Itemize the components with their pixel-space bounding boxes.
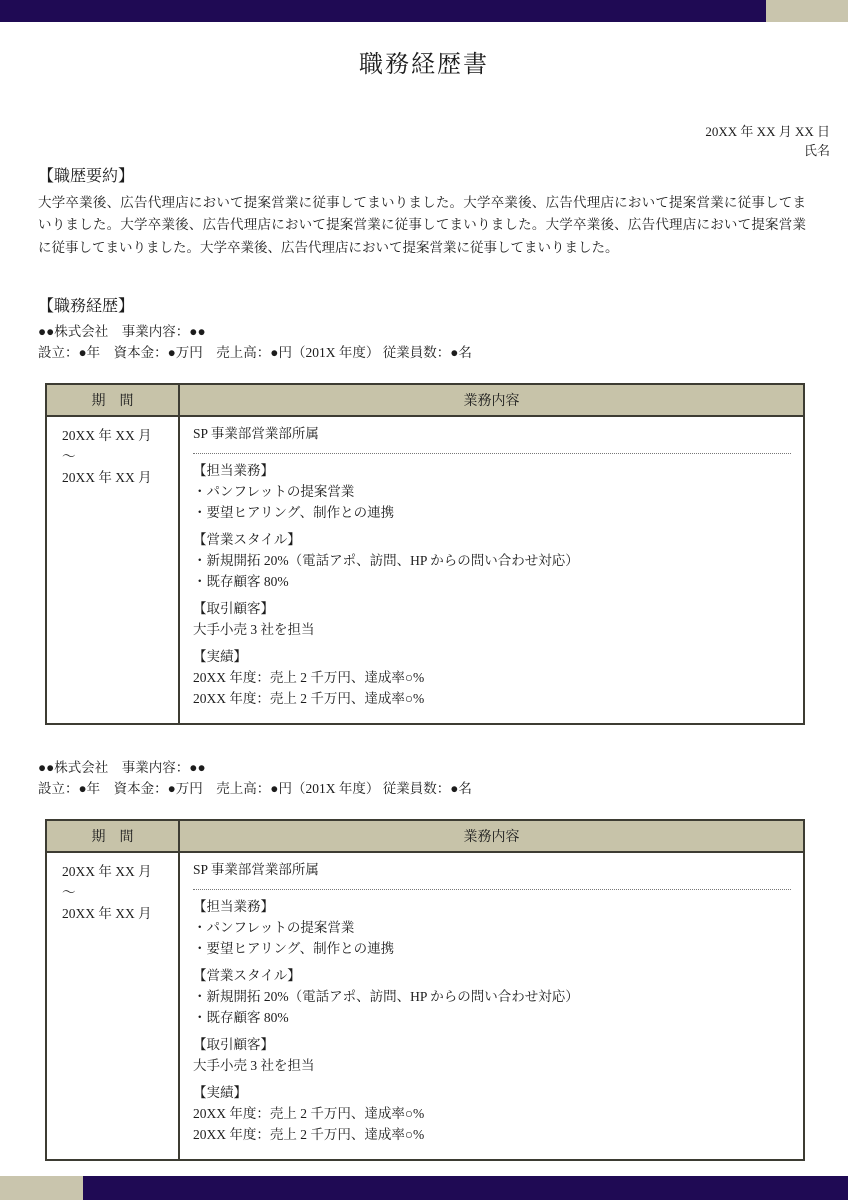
duty-line: 大手小売 3 社を担当 — [193, 1055, 791, 1076]
duty-section-clients: 【取引顧客】 大手小売 3 社を担当 — [193, 598, 791, 640]
affiliation-line: SP 事業部営業部所属 — [193, 859, 791, 890]
company-name-line: ●●株式会社 事業内容：●● — [38, 321, 810, 342]
period-end: 20XX 年 XX 月 — [62, 903, 170, 924]
duty-section-title: 【営業スタイル】 — [193, 529, 791, 550]
table-header-row: 期 間 業務内容 — [46, 820, 804, 852]
document-meta: 20XX 年 XX 月 XX 日 氏名 — [705, 122, 830, 160]
table-row: 20XX 年 XX 月 ～ 20XX 年 XX 月 SP 事業部営業部所属 【担… — [46, 852, 804, 1160]
column-header-period: 期 間 — [46, 820, 179, 852]
applicant-name: 氏名 — [705, 141, 830, 160]
column-header-period: 期 間 — [46, 384, 179, 416]
header-accent-bar — [0, 0, 848, 22]
footer-accent-purple — [83, 1176, 848, 1200]
period-cell: 20XX 年 XX 月 ～ 20XX 年 XX 月 — [46, 852, 179, 1160]
footer-accent-bar — [0, 1176, 848, 1200]
period-tilde: ～ — [62, 446, 170, 467]
footer-accent-tan — [0, 1176, 83, 1200]
duty-section-clients: 【取引顧客】 大手小売 3 社を担当 — [193, 1034, 791, 1076]
duty-section-title: 【実績】 — [193, 1082, 791, 1103]
column-header-duties: 業務内容 — [179, 820, 804, 852]
duty-section-style: 【営業スタイル】 ・新規開拓 20%（電話アポ、訪問、HP からの問い合わせ対応… — [193, 965, 791, 1028]
duty-section-title: 【担当業務】 — [193, 896, 791, 917]
affiliation-line: SP 事業部営業部所属 — [193, 423, 791, 454]
period-start: 20XX 年 XX 月 — [62, 425, 170, 446]
document-date: 20XX 年 XX 月 XX 日 — [705, 122, 830, 141]
duty-line: ・パンフレットの提案営業 — [193, 481, 791, 502]
header-accent-purple — [0, 0, 766, 22]
career-heading: 【職務経歴】 — [38, 296, 810, 318]
company-section-2: ●●株式会社 事業内容：●● 設立：●年 資本金：●万円 売上高：●円（201X… — [38, 757, 810, 1161]
duty-line: ・既存顧客 80% — [193, 1007, 791, 1028]
duty-section-title: 【担当業務】 — [193, 460, 791, 481]
page-title: 職務経歴書 — [0, 50, 848, 80]
company-info-line: 設立：●年 資本金：●万円 売上高：●円（201X 年度） 従業員数：●名 — [38, 342, 810, 363]
summary-heading: 【職歴要約】 — [38, 166, 810, 188]
duties-cell: SP 事業部営業部所属 【担当業務】 ・パンフレットの提案営業 ・要望ヒアリング… — [179, 416, 804, 724]
period-start: 20XX 年 XX 月 — [62, 861, 170, 882]
duty-section-tanto: 【担当業務】 ・パンフレットの提案営業 ・要望ヒアリング、制作との連携 — [193, 896, 791, 959]
duty-line: 大手小売 3 社を担当 — [193, 619, 791, 640]
duty-section-results: 【実績】 20XX 年度：売上 2 千万円、達成率○% 20XX 年度：売上 2… — [193, 646, 791, 709]
period-cell: 20XX 年 XX 月 ～ 20XX 年 XX 月 — [46, 416, 179, 724]
duty-section-title: 【実績】 — [193, 646, 791, 667]
duty-section-title: 【取引顧客】 — [193, 1034, 791, 1055]
table-header-row: 期 間 業務内容 — [46, 384, 804, 416]
duty-line: ・新規開拓 20%（電話アポ、訪問、HP からの問い合わせ対応） — [193, 986, 791, 1007]
summary-paragraph: 大学卒業後、広告代理店において提案営業に従事してまいりました。大学卒業後、広告代… — [38, 192, 806, 259]
document-body: 【職歴要約】 大学卒業後、広告代理店において提案営業に従事してまいりました。大学… — [38, 166, 810, 1161]
duty-line: ・要望ヒアリング、制作との連携 — [193, 502, 791, 523]
duty-section-title: 【営業スタイル】 — [193, 965, 791, 986]
duty-section-results: 【実績】 20XX 年度：売上 2 千万円、達成率○% 20XX 年度：売上 2… — [193, 1082, 791, 1145]
period-end: 20XX 年 XX 月 — [62, 467, 170, 488]
career-table-2: 期 間 業務内容 20XX 年 XX 月 ～ 20XX 年 XX 月 SP 事業… — [45, 819, 805, 1161]
company-section-1: ●●株式会社 事業内容：●● 設立：●年 資本金：●万円 売上高：●円（201X… — [38, 321, 810, 725]
company-info-line: 設立：●年 資本金：●万円 売上高：●円（201X 年度） 従業員数：●名 — [38, 778, 810, 799]
duty-section-style: 【営業スタイル】 ・新規開拓 20%（電話アポ、訪問、HP からの問い合わせ対応… — [193, 529, 791, 592]
duties-cell: SP 事業部営業部所属 【担当業務】 ・パンフレットの提案営業 ・要望ヒアリング… — [179, 852, 804, 1160]
duty-line: 20XX 年度：売上 2 千万円、達成率○% — [193, 1103, 791, 1124]
header-accent-tan — [766, 0, 848, 22]
duty-section-tanto: 【担当業務】 ・パンフレットの提案営業 ・要望ヒアリング、制作との連携 — [193, 460, 791, 523]
duty-line: 20XX 年度：売上 2 千万円、達成率○% — [193, 1124, 791, 1145]
duty-line: 20XX 年度：売上 2 千万円、達成率○% — [193, 667, 791, 688]
duty-section-title: 【取引顧客】 — [193, 598, 791, 619]
table-row: 20XX 年 XX 月 ～ 20XX 年 XX 月 SP 事業部営業部所属 【担… — [46, 416, 804, 724]
column-header-duties: 業務内容 — [179, 384, 804, 416]
duty-line: ・新規開拓 20%（電話アポ、訪問、HP からの問い合わせ対応） — [193, 550, 791, 571]
career-table-1: 期 間 業務内容 20XX 年 XX 月 ～ 20XX 年 XX 月 SP 事業… — [45, 383, 805, 725]
duty-line: ・既存顧客 80% — [193, 571, 791, 592]
company-name-line: ●●株式会社 事業内容：●● — [38, 757, 810, 778]
period-tilde: ～ — [62, 882, 170, 903]
duty-line: ・要望ヒアリング、制作との連携 — [193, 938, 791, 959]
duty-line: ・パンフレットの提案営業 — [193, 917, 791, 938]
duty-line: 20XX 年度：売上 2 千万円、達成率○% — [193, 688, 791, 709]
